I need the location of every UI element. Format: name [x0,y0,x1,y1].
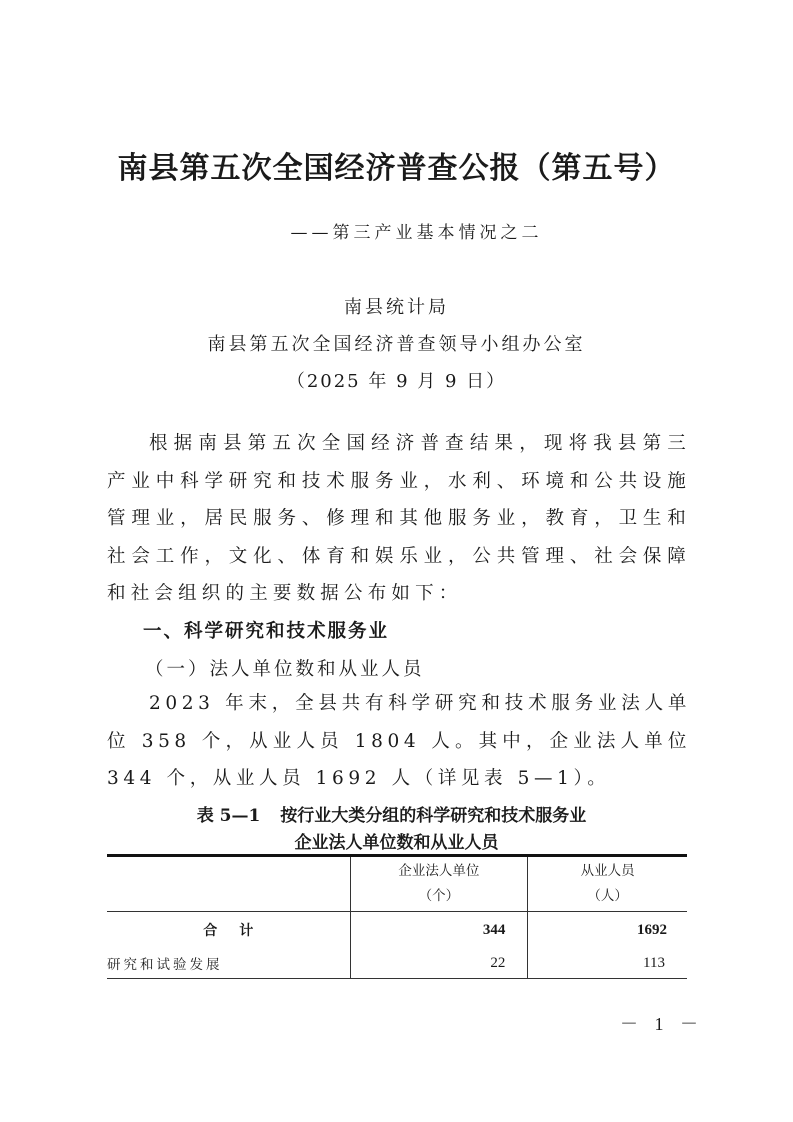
total-units: 344 [350,912,528,949]
table-number: 表 5—1 [197,806,261,826]
issuer-census-office: 南县第五次全国经济普查领导小组办公室 [0,330,793,356]
bulletin-subtitle: ——第三产业基本情况之二 [0,218,793,243]
header-units-unit: （个） [351,884,528,909]
row-units: 22 [350,948,528,979]
table-total-row: 合计 344 1692 [107,912,687,949]
table-caption: 表 5—1按行业大类分组的科学研究和技术服务业 [0,801,793,826]
row-industry-name: 研究和试验发展 [107,948,350,979]
total-label: 合计 [107,912,350,949]
subsection-heading: （一）法人单位数和从业人员 [145,655,425,681]
industry-table: 企业法人单位 （个） 从业人员 （人） 合计 344 1692 研究和试验发展 … [107,854,687,979]
page-number: － 1 － [620,1010,704,1036]
intro-paragraph: 根据南县第五次全国经济普查结果，现将我县第三产业中科学研究和技术服务业，水利、环… [107,425,691,613]
header-industry [107,856,350,912]
header-employees-unit: （人） [528,884,687,909]
section-paragraph: 2023 年末，全县共有科学研究和技术服务业法人单位 358 个，从业人员 18… [107,685,691,798]
header-employees: 从业人员 （人） [528,856,687,912]
header-units-label: 企业法人单位 [351,859,528,884]
publication-date: （2025 年 9 月 9 日） [0,367,793,393]
table-row: 研究和试验发展 22 113 [107,948,687,979]
bulletin-title: 南县第五次全国经济普查公报（第五号） [0,143,793,187]
row-employees: 113 [528,948,687,979]
total-employees: 1692 [528,912,687,949]
issuer-statistics-bureau: 南县统计局 [0,293,793,319]
table-header-row: 企业法人单位 （个） 从业人员 （人） [107,856,687,912]
table-caption-line1: 按行业大类分组的科学研究和技术服务业 [280,806,586,826]
header-employees-label: 从业人员 [528,859,687,884]
section-heading: 一、科学研究和技术服务业 [143,617,389,643]
header-enterprise-units: 企业法人单位 （个） [350,856,528,912]
table-caption-line2: 企业法人单位数和从业人员 [0,828,793,853]
